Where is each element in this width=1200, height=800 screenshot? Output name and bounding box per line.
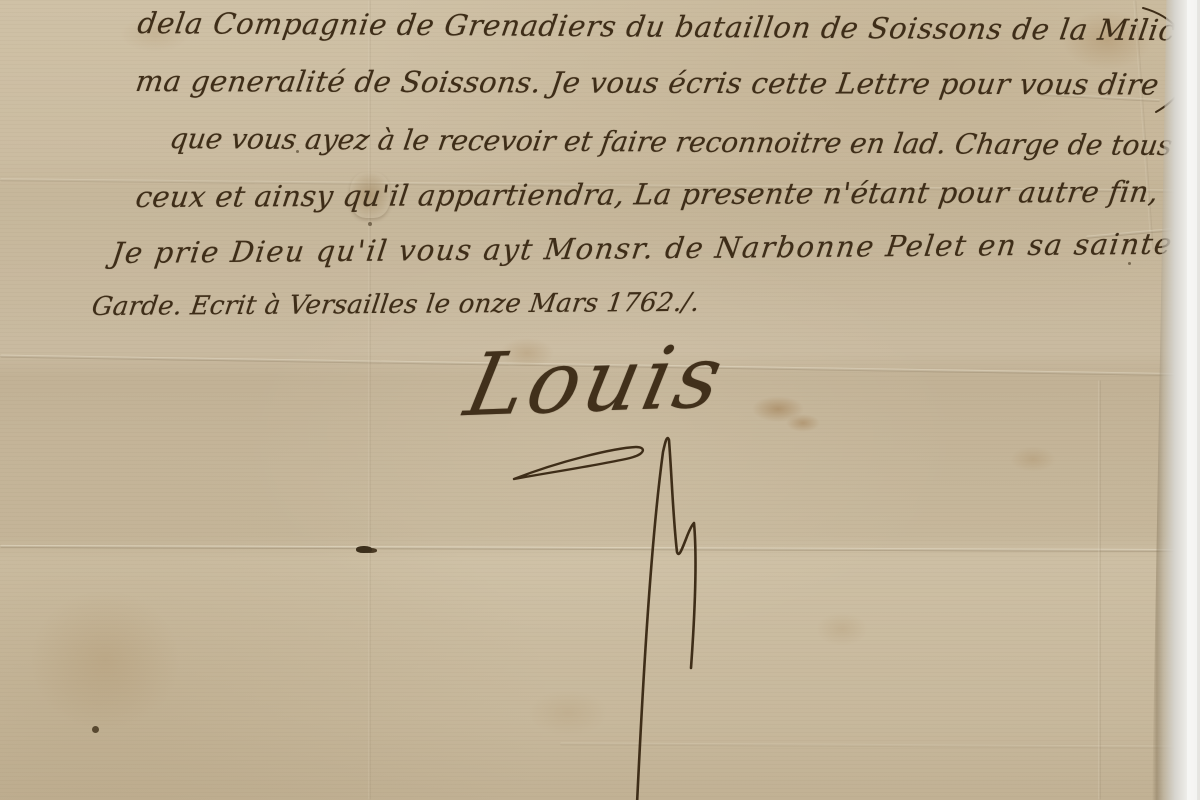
signature-underline-loop bbox=[514, 447, 643, 479]
age-stain bbox=[752, 396, 804, 422]
paper-sheet: dela Compagnie de Grenadiers du bataillo… bbox=[0, 0, 1200, 800]
mat-highlight-strip bbox=[1187, 0, 1197, 800]
fold-crease-vertical-right bbox=[1098, 380, 1101, 800]
age-stain bbox=[1010, 446, 1056, 472]
fold-crease-horizontal-3 bbox=[0, 545, 1200, 552]
manuscript-line-2: ma generalité de Soissons. Je vous écris… bbox=[134, 64, 1162, 102]
paper-hole bbox=[356, 546, 372, 553]
age-stain bbox=[528, 690, 608, 736]
ink-speck bbox=[92, 726, 99, 733]
age-stain bbox=[816, 612, 868, 646]
manuscript-line-3: que vous ayez à le recevoir et faire rec… bbox=[168, 122, 1175, 162]
royal-signature-louis: Louis bbox=[457, 327, 734, 437]
fold-crease-horizontal-4 bbox=[560, 742, 1200, 748]
age-stain bbox=[786, 414, 820, 432]
manuscript-line-6: Garde. Ecrit à Versailles le onze Mars 1… bbox=[90, 288, 702, 322]
signature-paraph-stroke bbox=[637, 438, 695, 800]
ink-speck bbox=[1128, 262, 1131, 265]
manuscript-line-4: ceux et ainsy qu'il appartiendra, La pre… bbox=[134, 175, 1161, 214]
fold-crease-vertical-center bbox=[368, 0, 371, 800]
age-stain bbox=[30, 590, 180, 730]
manuscript-line-5: Je prie Dieu qu'il vous ayt Monsr. de Na… bbox=[110, 227, 1175, 270]
manuscript-photo: dela Compagnie de Grenadiers du bataillo… bbox=[0, 0, 1200, 800]
ink-speck bbox=[368, 222, 372, 226]
manuscript-line-1: dela Compagnie de Grenadiers du bataillo… bbox=[135, 6, 1200, 48]
